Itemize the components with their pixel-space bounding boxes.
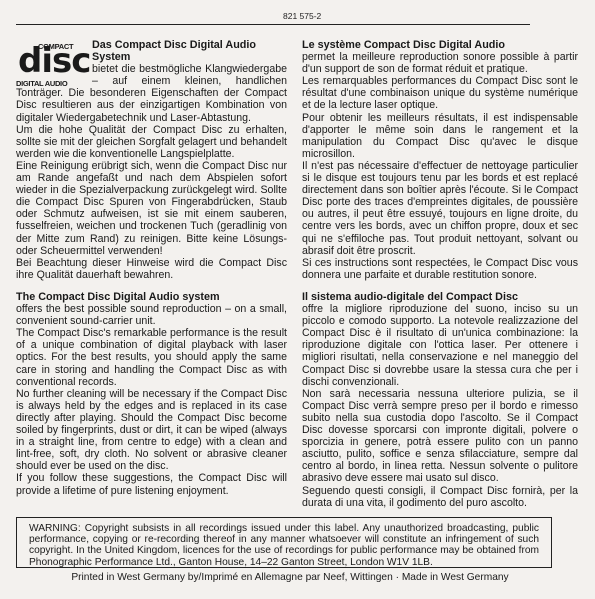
paragraph: Il n'est pas nécessaire d'effectuer de n… (302, 160, 578, 257)
paragraph: The Compact Disc's remarkable performanc… (16, 327, 287, 387)
printed-in-footer: Printed in West Germany by/Imprimé en Al… (0, 572, 580, 583)
paragraph: Seguendo questi consigli, il Compact Dis… (302, 485, 578, 509)
paragraph: Si ces instructions sont respectées, le … (302, 257, 578, 281)
logo-digital-audio-text: DIGITAL AUDIO (16, 78, 67, 90)
paragraph: offre la migliore riproduzione del suono… (302, 303, 578, 388)
paragraph: If you follow these suggestions, the Com… (16, 472, 287, 496)
top-rule (16, 24, 530, 25)
paragraph: offers the best possible sound reproduct… (16, 303, 287, 327)
paragraph: Bei Beachtung dieser Hinweise wird die C… (16, 257, 287, 281)
section-german: COMPACT disc DIGITAL AUDIO Das Compact D… (16, 39, 287, 281)
paragraph: Eine Reinigung erübrigt sich, wenn die C… (16, 160, 287, 257)
logo-disc-text: disc (18, 44, 90, 78)
paragraph: Non sarà necessaria nessuna ulteriore pu… (302, 388, 578, 485)
section-italian: Il sistema audio-digitale del Compact Di… (302, 291, 578, 509)
section-title: The Compact Disc Digital Audio system (16, 291, 287, 303)
section-english: The Compact Disc Digital Audio system of… (16, 291, 287, 497)
paragraph: Um die hohe Qualität der Compact Disc zu… (16, 124, 287, 160)
paragraph: permet la meilleure reproduction sonore … (302, 51, 578, 75)
section-title: Le système Compact Disc Digital Audio (302, 39, 578, 51)
compact-disc-logo: COMPACT disc DIGITAL AUDIO (16, 41, 84, 87)
section-title: Il sistema audio-digitale del Compact Di… (302, 291, 578, 303)
paragraph: No further cleaning will be necessary if… (16, 388, 287, 473)
copyright-warning-box: WARNING: Copyright subsists in all recor… (16, 517, 552, 568)
section-french: Le système Compact Disc Digital Audio pe… (302, 39, 578, 281)
paragraph: Pour obtenir les meilleurs résultats, il… (302, 112, 578, 160)
paragraph: Les remarquables performances du Compact… (302, 75, 578, 111)
catalog-number: 821 575-2 (283, 11, 321, 21)
